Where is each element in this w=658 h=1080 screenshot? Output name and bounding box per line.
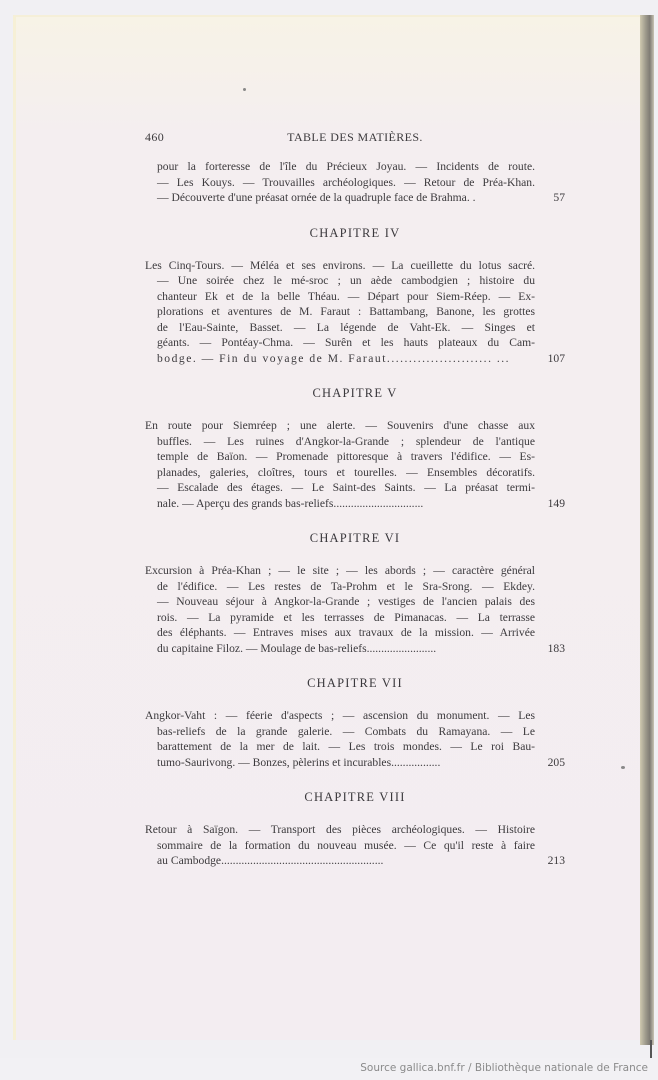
chapter-heading: CHAPITRE VI <box>145 531 565 546</box>
toc-entry: Retour à Saïgon. — Transport des pièces … <box>145 822 565 869</box>
paper-speck <box>621 766 625 769</box>
running-head: 460 TABLE DES MATIÈRES. <box>145 130 565 148</box>
paper-speck <box>243 88 246 91</box>
toc-line: chanteur Ek et de la belle Théau. — Dépa… <box>145 289 535 305</box>
toc-page-ref: 213 <box>539 853 565 869</box>
chapter-heading: CHAPITRE VIII <box>145 790 565 805</box>
toc-line: En route pour Siemréep ; une alerte. — S… <box>145 418 535 434</box>
toc-page-ref: 205 <box>539 755 565 771</box>
toc-line: Les Cinq-Tours. — Méléa et ses environs.… <box>145 258 535 274</box>
toc-line: de l'Eau-Sainte, Basset. — La légende de… <box>145 320 535 336</box>
toc-line: nale. — Aperçu des grands bas-reliefs...… <box>145 496 535 512</box>
toc-page-ref: 107 <box>539 351 565 367</box>
chapter-heading: CHAPITRE IV <box>145 226 565 241</box>
toc-line: bas-reliefs de la grande galerie. — Comb… <box>145 724 535 740</box>
toc-line: Retour à Saïgon. — Transport des pièces … <box>145 822 535 838</box>
toc-line: — Escalade des étages. — Le Saint-des Sa… <box>145 480 535 496</box>
toc-line: Angkor-Vaht : — féerie d'aspects ; — asc… <box>145 708 535 724</box>
toc-line: — Nouveau séjour à Angkor-la-Grande ; ve… <box>145 594 535 610</box>
toc-line: Excursion à Préa-Khan ; — le site ; — le… <box>145 563 535 579</box>
toc-page-ref: 149 <box>539 496 565 512</box>
toc-line: — Une soirée chez le mé-sroc ; un aède c… <box>145 273 535 289</box>
toc-line: au Cambodge.............................… <box>145 853 535 869</box>
toc-entry: Angkor-Vaht : — féerie d'aspects ; — asc… <box>145 708 565 770</box>
toc-line: sommaire de la formation du nouveau musé… <box>145 838 535 854</box>
toc-line: rois. — La pyramide et les terrasses de … <box>145 610 535 626</box>
toc-page-ref: 183 <box>539 641 565 657</box>
running-title: TABLE DES MATIÈRES. <box>145 130 565 145</box>
toc-line: barattement de la mer de lait. — Les tro… <box>145 739 535 755</box>
chapter-heading: CHAPITRE VII <box>145 676 565 691</box>
toc-line: plorations et aventures de M. Faraut : B… <box>145 304 535 320</box>
book-spine-edge <box>640 15 654 1045</box>
toc-line: de l'édifice. — Les restes de Ta-Prohm e… <box>145 579 535 595</box>
toc-page-ref: 57 <box>539 190 565 206</box>
toc-line: géants. — Pontéay-Chma. — Surên et les h… <box>145 335 535 351</box>
chapter-heading: CHAPITRE V <box>145 386 565 401</box>
toc-content: 460 TABLE DES MATIÈRES. pour la forteres… <box>145 130 565 869</box>
source-attribution: Source gallica.bnf.fr / Bibliothèque nat… <box>360 1062 648 1074</box>
toc-line: — Découverte d'une préasat ornée de la q… <box>145 190 535 206</box>
toc-line: — Les Kouys. — Trouvailles archéologique… <box>145 175 535 191</box>
toc-entry: Les Cinq-Tours. — Méléa et ses environs.… <box>145 258 565 367</box>
toc-line: des éléphants. — Entraves mises aux trav… <box>145 625 535 641</box>
toc-line: pour la forteresse de l'île du Précieux … <box>145 159 535 175</box>
toc-line: temple de Baïon. — Promenade pittoresque… <box>145 449 535 465</box>
toc-line: tumo-Saurivong. — Bonzes, pèlerins et in… <box>145 755 535 771</box>
toc-line: buffles. — Les ruines d'Angkor-la-Grande… <box>145 434 535 450</box>
spine-mark <box>650 1040 652 1058</box>
toc-entry: Excursion à Préa-Khan ; — le site ; — le… <box>145 563 565 656</box>
toc-line: bodge. — Fin du voyage de M. Faraut.....… <box>145 351 535 367</box>
toc-line: du capitaine Filoz. — Moulage de bas-rel… <box>145 641 535 657</box>
toc-entry-continuation: pour la forteresse de l'île du Précieux … <box>145 159 565 206</box>
toc-line: planades, galeries, cloîtres, tours et t… <box>145 465 535 481</box>
toc-entry: En route pour Siemréep ; une alerte. — S… <box>145 418 565 511</box>
